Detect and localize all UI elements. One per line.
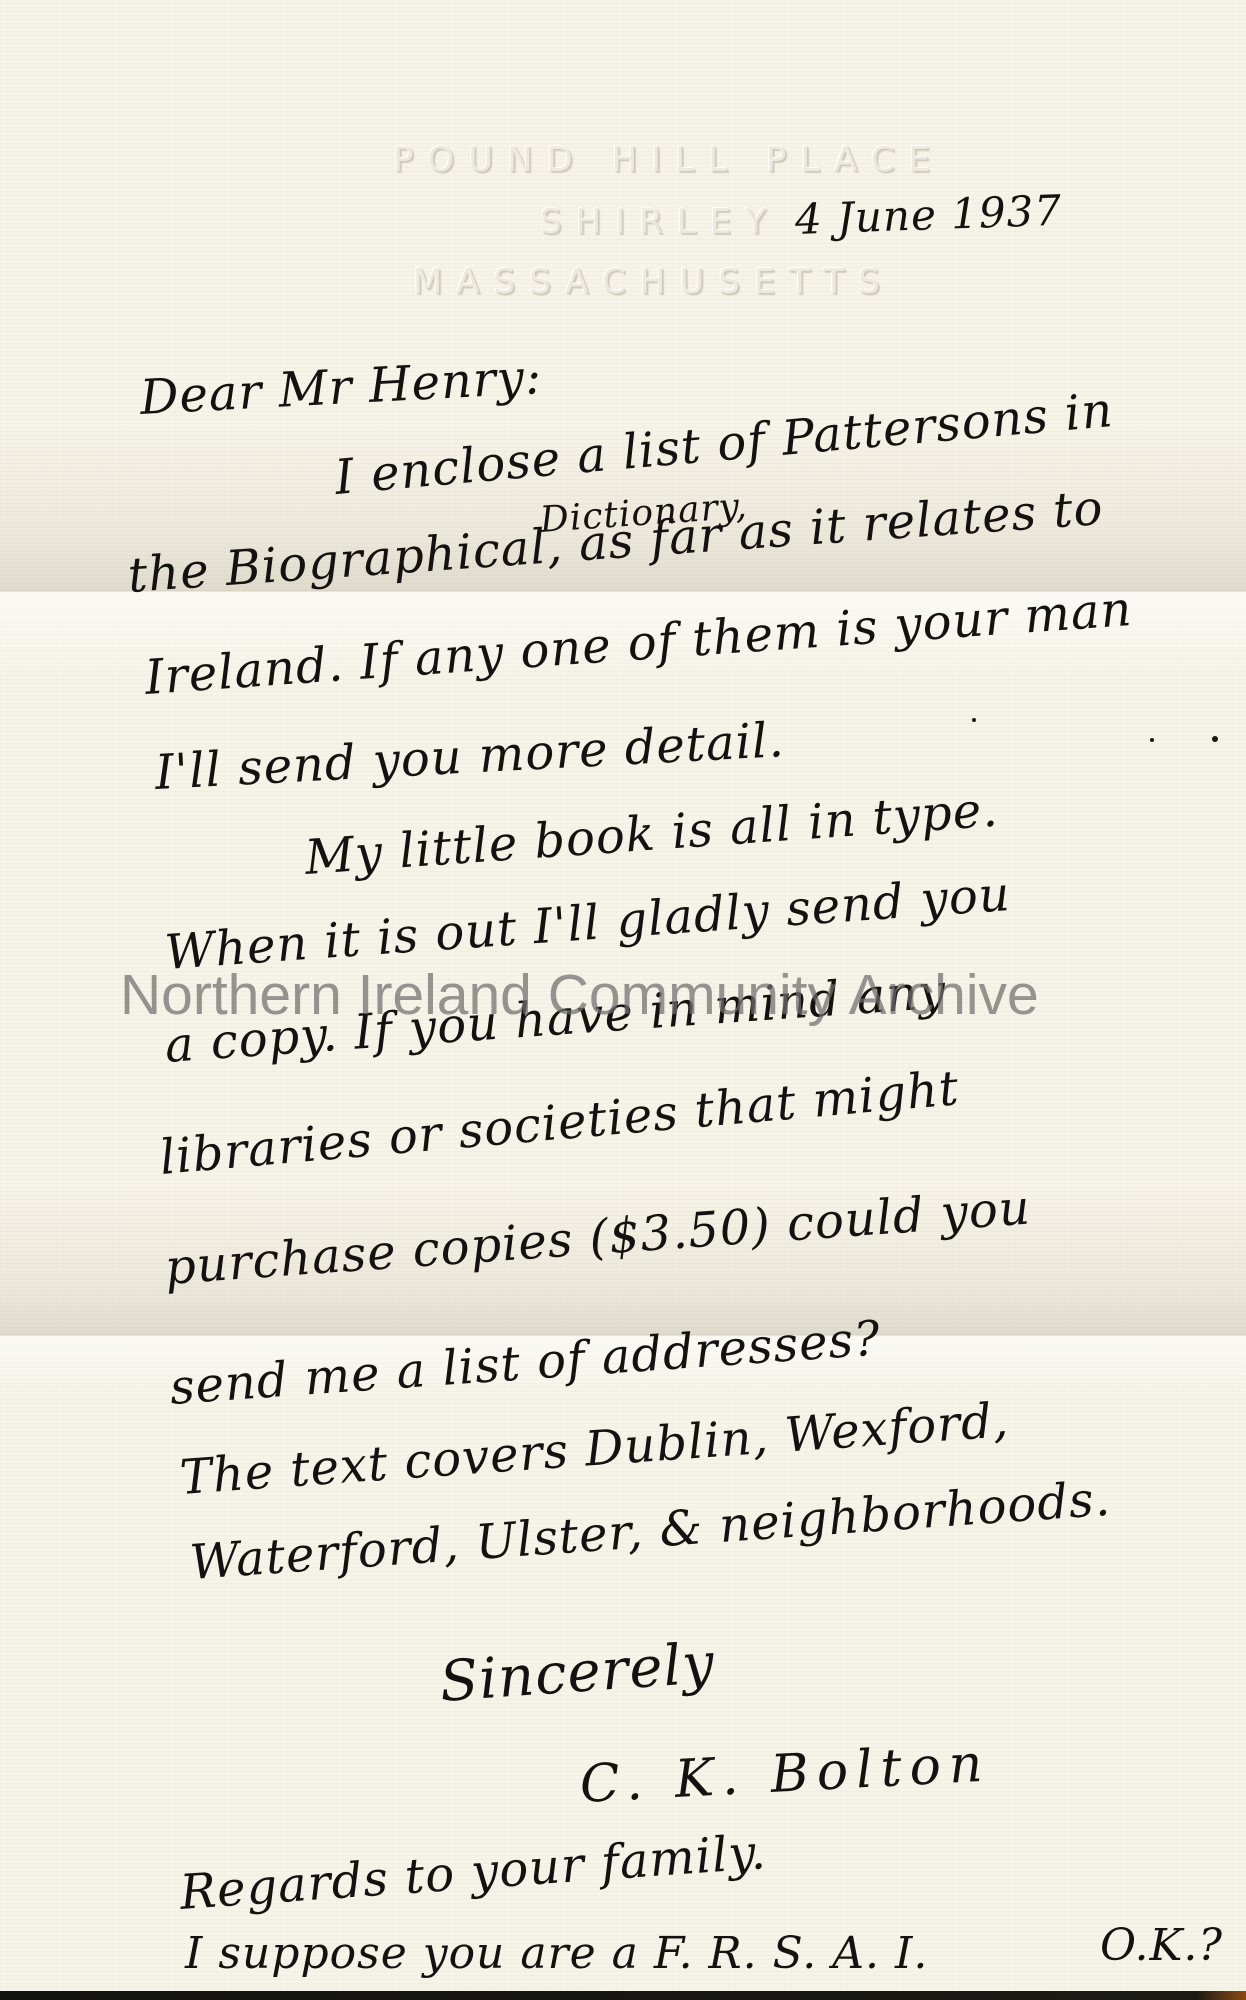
letter-salutation: Dear Mr Henry: (139, 349, 544, 426)
letter-closing: Sincerely (438, 1631, 717, 1715)
scanned-letter-page: POUND HILL PLACE SHIRLEY MASSACHUSETTS 4… (0, 0, 1246, 2000)
scan-bottom-edge (0, 1991, 1246, 2000)
letterhead-street: POUND HILL PLACE (393, 140, 944, 180)
body-line: a copy. If you have in mind any (163, 963, 948, 1073)
body-line: My little book is all in type. (303, 782, 1000, 886)
ink-dot (972, 718, 976, 722)
body-line: purchase copies ($3.50) could you (163, 1180, 1032, 1296)
letter-date: 4 June 1937 (794, 186, 1063, 244)
postscript-line: Regards to your family. (178, 1824, 768, 1921)
ink-dot (1150, 738, 1154, 742)
body-line: send me a list of addresses? (168, 1310, 882, 1416)
letterhead-state: MASSACHUSETTS (413, 262, 894, 302)
postscript-note: O.K.? (1100, 1920, 1223, 1971)
ink-dot (1212, 736, 1218, 742)
body-line: libraries or societies that might (158, 1060, 962, 1186)
body-line: I'll send you more detail. (154, 712, 786, 801)
postscript-line: I suppose you are a F. R. S. A. I. (185, 1928, 928, 1979)
letter-signature: C. K. Bolton (578, 1734, 991, 1815)
body-line: Ireland. If any one of them is your man (143, 581, 1134, 706)
body-line: When it is out I'll gladly send you (163, 866, 1012, 981)
letterhead-town: SHIRLEY (540, 202, 780, 242)
